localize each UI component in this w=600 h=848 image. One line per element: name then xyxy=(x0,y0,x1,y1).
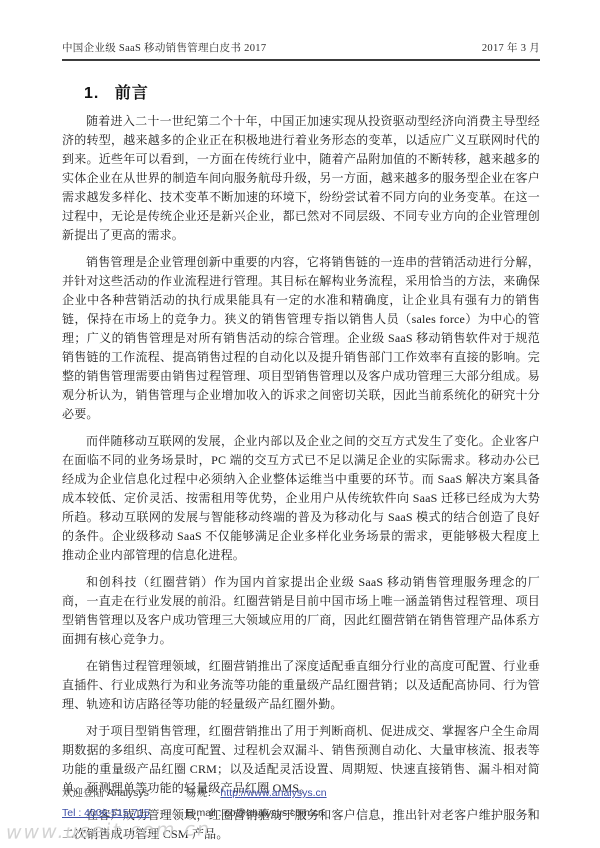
header-document-title: 中国企业级 SaaS 移动销售管理白皮书 2017 xyxy=(62,40,266,55)
page-header: 中国企业级 SaaS 移动销售管理白皮书 2017 2017 年 3 月 xyxy=(62,40,540,61)
footer-spacer xyxy=(327,785,528,819)
watermark-text: www.useit.com.cn xyxy=(6,818,211,844)
page-footer: 欢迎登陆 Analysys Tel : 4006-515-715 易观： htt… xyxy=(62,785,540,819)
footer-yiguan-label: 易观： xyxy=(186,787,218,799)
footer-website-link[interactable]: http://www.analysys.cn xyxy=(220,787,326,799)
footer-tel-link[interactable]: Tel : 4006-515-715 xyxy=(62,807,186,819)
paragraph-sales-process-products: 在销售过程管理领域，红圈营销推出了深度适配垂直细分行业的高度可配置、行业垂直插件… xyxy=(62,657,540,714)
footer-right-column: 易观： http://www.analysys.cn E-mail : co@a… xyxy=(186,785,327,819)
section-number: 1. xyxy=(84,85,99,102)
footer-email-text: E-mail : co@analysys.com.cn xyxy=(186,807,327,819)
page-number: 5 xyxy=(528,807,534,819)
footer-left-column: 欢迎登陆 Analysys Tel : 4006-515-715 xyxy=(62,785,186,819)
document-page: 中国企业级 SaaS 移动销售管理白皮书 2017 2017 年 3 月 1. … xyxy=(0,0,600,848)
header-date: 2017 年 3 月 xyxy=(482,40,540,55)
footer-welcome-text: 欢迎登陆 Analysys xyxy=(62,785,186,800)
section-title: 1. 前言 xyxy=(84,80,149,103)
section-title-text: 前言 xyxy=(115,85,149,102)
footer-site-line: 易观： http://www.analysys.cn xyxy=(186,785,327,800)
paragraph-mobile-internet: 而伴随移动互联网的发展，企业内部以及企业之间的交互方式发生了变化。企业客户在面临… xyxy=(62,432,540,565)
page-number-container: 5 xyxy=(528,785,540,819)
paragraph-sales-management: 销售管理是企业管理创新中重要的内容，它将销售链的一连串的营销活动进行分解，并针对… xyxy=(62,253,540,424)
paragraph-hecom-vendor: 和创科技（红圈营销）作为国内首家提出企业级 SaaS 移动销售管理服务理念的厂商… xyxy=(62,573,540,649)
paragraph-intro: 随着进入二十一世纪第二个十年，中国正加速实现从投资驱动型经济向消费主导型经济的转… xyxy=(62,112,540,245)
document-body: 随着进入二十一世纪第二个十年，中国正加速实现从投资驱动型经济向消费主导型经济的转… xyxy=(62,112,540,848)
